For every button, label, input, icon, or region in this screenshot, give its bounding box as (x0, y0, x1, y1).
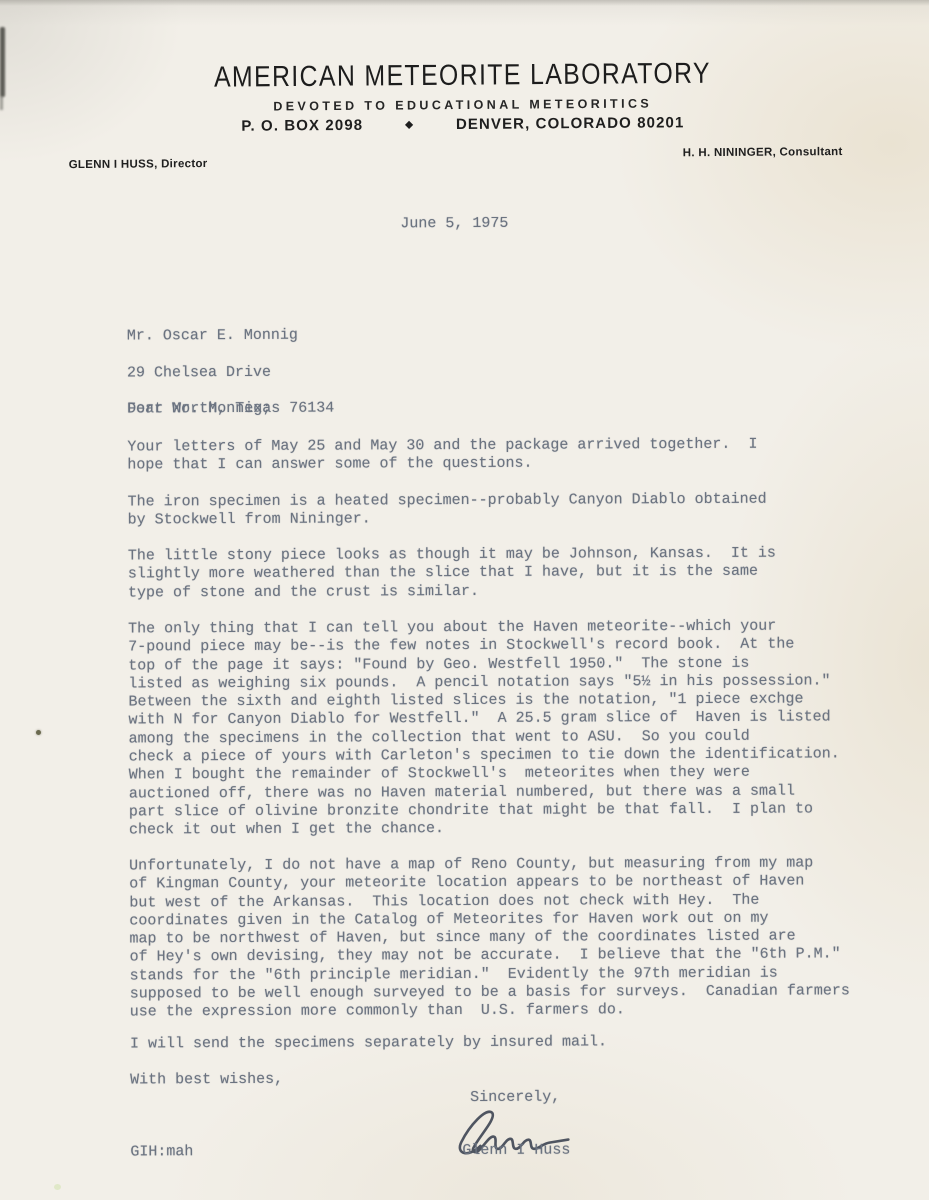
organization-address-line: P. O. BOX 2098 ◆ DENVER, COLORADO 80201 (0, 112, 927, 136)
po-box-text: P. O. BOX 2098 (241, 117, 363, 135)
recipient-street: 29 Chelsea Drive (127, 363, 271, 381)
recipient-name: Mr. Oscar E. Monnig (127, 327, 298, 345)
body-paragraph-4: The only thing that I can tell you about… (128, 617, 840, 840)
body-paragraph-2: The iron specimen is a heated specimen--… (128, 491, 767, 530)
body-paragraph-3: The little stony piece looks as though i… (128, 545, 776, 603)
letterhead: AMERICAN METEORITE LABORATORY DEVOTED TO… (0, 0, 926, 4)
director-name: GLENN I HUSS, Director (69, 158, 208, 171)
salutation: Dear Mr. Monnig; (127, 400, 271, 419)
consultant-name: H. H. NININGER, Consultant (683, 146, 843, 159)
letter-page: AMERICAN METEORITE LABORATORY DEVOTED TO… (0, 0, 929, 1200)
closing-phrase: With best wishes, (130, 1071, 283, 1090)
letter-date: June 5, 1975 (400, 215, 508, 234)
typist-initials: GIH:mah (130, 1143, 193, 1162)
city-state-zip-text: DENVER, COLORADO 80201 (456, 114, 685, 133)
sender-typed-name: Glenn I Huss (462, 1142, 570, 1161)
organization-name: AMERICAN METEORITE LABORATORY (35, 55, 890, 95)
body-paragraph-1: Your letters of May 25 and May 30 and th… (127, 436, 757, 475)
body-paragraph-6: I will send the specimens separately by … (130, 1033, 607, 1053)
body-paragraph-5: Unfortunately, I do not have a map of Re… (129, 854, 850, 1022)
diamond-separator-icon: ◆ (405, 117, 414, 132)
letter-content: AMERICAN METEORITE LABORATORY DEVOTED TO… (0, 0, 929, 1200)
